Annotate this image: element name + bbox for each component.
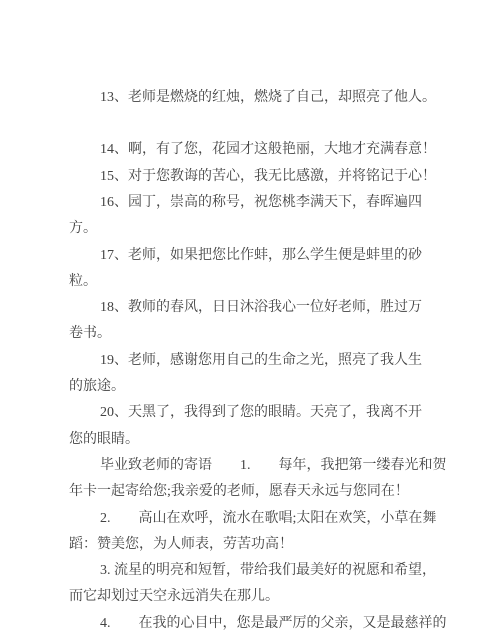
text-line: 13、老师是燃烧的红烛，燃烧了自己，却照亮了他人。 bbox=[69, 85, 474, 111]
paragraph-17: 17、老师，如果把您比作蚌，那么学生便是蚌里的砂 粒。 bbox=[69, 243, 474, 296]
text-line-continuation: 方。 bbox=[69, 216, 474, 242]
paragraph-18: 18、教师的春风，日日沐浴我心一位好老师，胜过万 卷书。 bbox=[69, 295, 474, 348]
text-line: 毕业致老师的寄语 1. 每年，我把第一缕春光和贺 bbox=[69, 453, 474, 479]
paragraph-16: 16、园丁，崇高的称号，祝您桃李满天下，春晖遍四 方。 bbox=[69, 190, 474, 243]
text-line-continuation: 蹈：赞美您，为人师表，劳苦功高！ bbox=[69, 532, 474, 558]
text-line: 16、园丁，崇高的称号，祝您桃李满天下，春晖遍四 bbox=[69, 190, 474, 216]
paragraph-14: 14、啊，有了您，花园才这般艳丽，大地才充满春意！ bbox=[69, 137, 474, 163]
text-line: 4. 在我的心目中，您是最严厉的父亲，又是最慈祥的 bbox=[69, 611, 474, 637]
paragraph-13: 13、老师是燃烧的红烛，燃烧了自己，却照亮了他人。 bbox=[69, 85, 474, 111]
paragraph-19: 19、老师，感谢您用自己的生命之光，照亮了我人生 的旅途。 bbox=[69, 348, 474, 401]
text-line-continuation: 卷书。 bbox=[69, 321, 474, 347]
paragraph-15: 15、对于您教诲的苦心，我无比感激，并将铭记于心！ bbox=[69, 164, 474, 190]
text-line-continuation: 粒。 bbox=[69, 269, 474, 295]
text-line: 17、老师，如果把您比作蚌，那么学生便是蚌里的砂 bbox=[69, 243, 474, 269]
text-line-continuation: 年卡一起寄给您;我亲爱的老师，愿春天永远与您同在！ bbox=[69, 479, 474, 505]
paragraph-grad-heading-and-1: 毕业致老师的寄语 1. 每年，我把第一缕春光和贺 年卡一起寄给您;我亲爱的老师，… bbox=[69, 453, 474, 506]
text-line: 18、教师的春风，日日沐浴我心一位好老师，胜过万 bbox=[69, 295, 474, 321]
text-line: 19、老师，感谢您用自己的生命之光，照亮了我人生 bbox=[69, 348, 474, 374]
text-line-continuation: 您的眼睛。 bbox=[69, 427, 474, 453]
paragraph-grad-3: 3. 流星的明亮和短暂，带给我们最美好的祝愿和希望， 而它却划过天空永远消失在那… bbox=[69, 558, 474, 611]
text-line: 3. 流星的明亮和短暂，带给我们最美好的祝愿和希望， bbox=[69, 558, 474, 584]
paragraph-20: 20、天黑了，我得到了您的眼睛。天亮了，我离不开 您的眼睛。 bbox=[69, 400, 474, 453]
text-line: 14、啊，有了您，花园才这般艳丽，大地才充满春意！ bbox=[69, 137, 474, 163]
text-line-continuation: 而它却划过天空永远消失在那儿。 bbox=[69, 584, 474, 610]
text-line: 15、对于您教诲的苦心，我无比感激，并将铭记于心！ bbox=[69, 164, 474, 190]
document-page: 13、老师是燃烧的红烛，燃烧了自己，却照亮了他人。 14、啊，有了您，花园才这般… bbox=[0, 0, 500, 637]
text-line: 20、天黑了，我得到了您的眼睛。天亮了，我离不开 bbox=[69, 400, 474, 426]
text-line: 2. 高山在欢呼，流水在歌唱;太阳在欢笑，小草在舞 bbox=[69, 506, 474, 532]
text-line-continuation: 的旅途。 bbox=[69, 374, 474, 400]
paragraph-grad-4: 4. 在我的心目中，您是最严厉的父亲，又是最慈祥的 bbox=[69, 611, 474, 637]
paragraph-grad-2: 2. 高山在欢呼，流水在歌唱;太阳在欢笑，小草在舞 蹈：赞美您，为人师表，劳苦功… bbox=[69, 506, 474, 559]
